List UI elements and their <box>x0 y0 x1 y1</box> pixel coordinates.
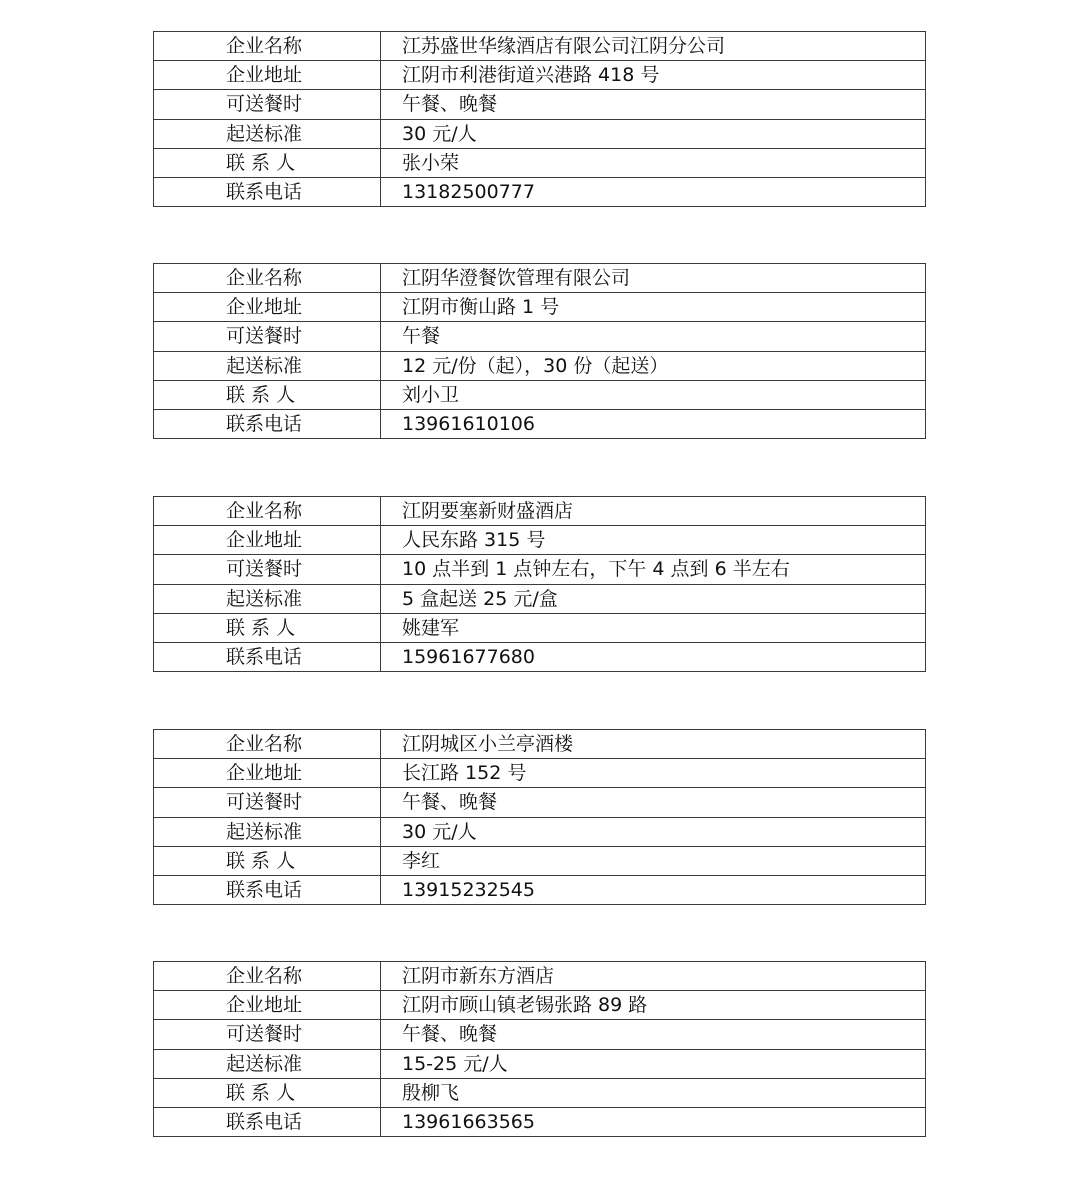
row-company-name: 企业名称 江苏盛世华缘酒店有限公司江阴分公司 <box>154 32 926 61</box>
label-meal-time: 可送餐时 <box>154 788 381 817</box>
value-meal-time: 午餐、晚餐 <box>381 788 926 817</box>
value-min-order: 15-25 元/人 <box>381 1049 926 1078</box>
row-contact: 联 系 人 殷柳飞 <box>154 1078 926 1107</box>
label-company-name: 企业名称 <box>154 32 381 61</box>
row-meal-time: 可送餐时 午餐 <box>154 322 926 351</box>
label-address: 企业地址 <box>154 61 381 90</box>
company-info-table: 企业名称 江阴要塞新财盛酒店 企业地址 人民东路 315 号 可送餐时 10 点… <box>153 496 926 672</box>
value-company-name: 江阴华澄餐饮管理有限公司 <box>381 264 926 293</box>
value-address: 江阴市利港街道兴港路 418 号 <box>381 61 926 90</box>
row-phone: 联系电话 13182500777 <box>154 177 926 206</box>
label-meal-time: 可送餐时 <box>154 90 381 119</box>
value-min-order: 30 元/人 <box>381 119 926 148</box>
row-phone: 联系电话 15961677680 <box>154 642 926 671</box>
company-info-table: 企业名称 江阴市新东方酒店 企业地址 江阴市顾山镇老锡张路 89 路 可送餐时 … <box>153 961 926 1137</box>
label-phone: 联系电话 <box>154 1107 381 1136</box>
value-address: 江阴市顾山镇老锡张路 89 路 <box>381 991 926 1020</box>
value-phone: 13961610106 <box>381 409 926 438</box>
row-address: 企业地址 人民东路 315 号 <box>154 526 926 555</box>
value-address: 江阴市衡山路 1 号 <box>381 293 926 322</box>
label-phone: 联系电话 <box>154 642 381 671</box>
value-min-order: 5 盒起送 25 元/盒 <box>381 584 926 613</box>
value-phone: 13915232545 <box>381 875 926 904</box>
row-meal-time: 可送餐时 午餐、晚餐 <box>154 90 926 119</box>
value-contact: 李红 <box>381 846 926 875</box>
row-phone: 联系电话 13961610106 <box>154 409 926 438</box>
row-meal-time: 可送餐时 10 点半到 1 点钟左右，下午 4 点到 6 半左右 <box>154 555 926 584</box>
label-contact: 联 系 人 <box>154 613 381 642</box>
label-company-name: 企业名称 <box>154 730 381 759</box>
row-min-order: 起送标准 15-25 元/人 <box>154 1049 926 1078</box>
row-contact: 联 系 人 张小荣 <box>154 148 926 177</box>
value-phone: 15961677680 <box>381 642 926 671</box>
value-address: 长江路 152 号 <box>381 759 926 788</box>
row-min-order: 起送标准 30 元/人 <box>154 119 926 148</box>
value-meal-time: 10 点半到 1 点钟左右，下午 4 点到 6 半左右 <box>381 555 926 584</box>
label-min-order: 起送标准 <box>154 584 381 613</box>
label-address: 企业地址 <box>154 759 381 788</box>
row-company-name: 企业名称 江阴华澄餐饮管理有限公司 <box>154 264 926 293</box>
company-info-table: 企业名称 江阴城区小兰亭酒楼 企业地址 长江路 152 号 可送餐时 午餐、晚餐… <box>153 729 926 905</box>
label-phone: 联系电话 <box>154 409 381 438</box>
row-phone: 联系电话 13915232545 <box>154 875 926 904</box>
row-min-order: 起送标准 30 元/人 <box>154 817 926 846</box>
value-address: 人民东路 315 号 <box>381 526 926 555</box>
value-company-name: 江苏盛世华缘酒店有限公司江阴分公司 <box>381 32 926 61</box>
row-address: 企业地址 长江路 152 号 <box>154 759 926 788</box>
label-contact: 联 系 人 <box>154 148 381 177</box>
row-address: 企业地址 江阴市顾山镇老锡张路 89 路 <box>154 991 926 1020</box>
row-phone: 联系电话 13961663565 <box>154 1107 926 1136</box>
company-info-table: 企业名称 江阴华澄餐饮管理有限公司 企业地址 江阴市衡山路 1 号 可送餐时 午… <box>153 263 926 439</box>
label-min-order: 起送标准 <box>154 351 381 380</box>
row-meal-time: 可送餐时 午餐、晚餐 <box>154 788 926 817</box>
value-company-name: 江阴市新东方酒店 <box>381 962 926 991</box>
row-contact: 联 系 人 姚建军 <box>154 613 926 642</box>
label-min-order: 起送标准 <box>154 1049 381 1078</box>
row-meal-time: 可送餐时 午餐、晚餐 <box>154 1020 926 1049</box>
row-address: 企业地址 江阴市衡山路 1 号 <box>154 293 926 322</box>
value-min-order: 12 元/份（起），30 份（起送） <box>381 351 926 380</box>
value-meal-time: 午餐 <box>381 322 926 351</box>
company-info-table: 企业名称 江苏盛世华缘酒店有限公司江阴分公司 企业地址 江阴市利港街道兴港路 4… <box>153 31 926 207</box>
value-contact: 殷柳飞 <box>381 1078 926 1107</box>
value-min-order: 30 元/人 <box>381 817 926 846</box>
label-min-order: 起送标准 <box>154 119 381 148</box>
label-contact: 联 系 人 <box>154 1078 381 1107</box>
label-contact: 联 系 人 <box>154 380 381 409</box>
label-company-name: 企业名称 <box>154 497 381 526</box>
value-contact: 姚建军 <box>381 613 926 642</box>
row-contact: 联 系 人 刘小卫 <box>154 380 926 409</box>
value-phone: 13182500777 <box>381 177 926 206</box>
row-min-order: 起送标准 12 元/份（起），30 份（起送） <box>154 351 926 380</box>
label-address: 企业地址 <box>154 293 381 322</box>
label-company-name: 企业名称 <box>154 264 381 293</box>
value-company-name: 江阴要塞新财盛酒店 <box>381 497 926 526</box>
label-company-name: 企业名称 <box>154 962 381 991</box>
row-company-name: 企业名称 江阴市新东方酒店 <box>154 962 926 991</box>
label-meal-time: 可送餐时 <box>154 555 381 584</box>
row-address: 企业地址 江阴市利港街道兴港路 418 号 <box>154 61 926 90</box>
label-address: 企业地址 <box>154 991 381 1020</box>
value-meal-time: 午餐、晚餐 <box>381 1020 926 1049</box>
value-contact: 张小荣 <box>381 148 926 177</box>
label-phone: 联系电话 <box>154 875 381 904</box>
row-contact: 联 系 人 李红 <box>154 846 926 875</box>
label-contact: 联 系 人 <box>154 846 381 875</box>
row-min-order: 起送标准 5 盒起送 25 元/盒 <box>154 584 926 613</box>
value-phone: 13961663565 <box>381 1107 926 1136</box>
value-meal-time: 午餐、晚餐 <box>381 90 926 119</box>
label-phone: 联系电话 <box>154 177 381 206</box>
label-address: 企业地址 <box>154 526 381 555</box>
row-company-name: 企业名称 江阴要塞新财盛酒店 <box>154 497 926 526</box>
value-contact: 刘小卫 <box>381 380 926 409</box>
label-meal-time: 可送餐时 <box>154 322 381 351</box>
row-company-name: 企业名称 江阴城区小兰亭酒楼 <box>154 730 926 759</box>
label-min-order: 起送标准 <box>154 817 381 846</box>
label-meal-time: 可送餐时 <box>154 1020 381 1049</box>
value-company-name: 江阴城区小兰亭酒楼 <box>381 730 926 759</box>
